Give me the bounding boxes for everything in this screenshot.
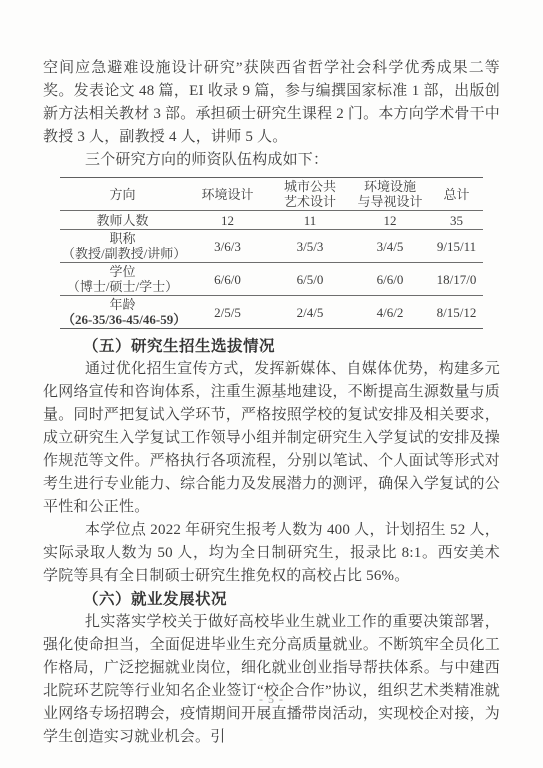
paragraph-admissions-stats: 本学位点 2022 年研究生报考人数为 400 人，计划招生 52 人，实际录取… [43, 519, 500, 588]
cell-value: 12 [185, 211, 270, 230]
table-row-ages: 年龄 （26-35/36-45/46-59） 2/5/5 2/4/5 4/6/2… [60, 296, 483, 329]
section-heading-employment: （六）就业发展状况 [43, 588, 500, 611]
row-label-line: 年龄 [62, 297, 183, 312]
cell-value: 18/17/0 [430, 263, 483, 296]
cell-value: 8/15/12 [430, 296, 483, 329]
col-header-facilities-wayfinding: 环境设施 与导视设计 [350, 178, 430, 211]
cell-value: 3/6/3 [185, 230, 270, 263]
col-header-direction: 方向 [60, 178, 185, 211]
row-label: 年龄 （26-35/36-45/46-59） [60, 296, 185, 329]
paragraph-employment: 扎实落实学校关于做好高校毕业生就业工作的重要决策部署，强化使命担当，全面促进毕业… [43, 611, 500, 749]
cell-value: 2/4/5 [270, 296, 350, 329]
col-header-environment-design: 环境设计 [185, 178, 270, 211]
cell-value: 6/6/0 [185, 263, 270, 296]
row-label: 职称 （教授/副教授/讲师） [60, 230, 185, 263]
table-header-row: 方向 环境设计 城市公共 艺术设计 环境设施 与导视设计 总计 [60, 178, 483, 211]
paragraph-table-intro: 三个研究方向的师资队伍构成如下： [43, 149, 500, 172]
cell-value: 6/5/0 [270, 263, 350, 296]
page-content: 空间应急避难设施设计研究”获陕西省哲学社会科学优秀成果二等奖。发表论文 48 篇… [0, 0, 543, 749]
cell-value: 4/6/2 [350, 296, 430, 329]
cell-value: 3/5/3 [270, 230, 350, 263]
table-row-degrees: 学位 （博士/硕士/学士） 6/6/0 6/5/0 6/6/0 18/17/0 [60, 263, 483, 296]
table-row-teacher-count: 教师人数 12 11 12 35 [60, 211, 483, 230]
cell-value: 12 [350, 211, 430, 230]
page-number: - 5 - [0, 692, 543, 706]
cell-value: 9/15/11 [430, 230, 483, 263]
row-label-line: 教师人数 [62, 213, 183, 228]
table-row-titles: 职称 （教授/副教授/讲师） 3/6/3 3/5/3 3/4/5 9/15/11 [60, 230, 483, 263]
header-line: 环境设施 [352, 179, 428, 194]
document-page: 空间应急避难设施设计研究”获陕西省哲学社会科学优秀成果二等奖。发表论文 48 篇… [0, 0, 543, 768]
paragraph-admissions-process: 通过优化招生宣传方式，发挥新媒体、自媒体优势，构建多元化网络宣传和咨询体系，注重… [43, 358, 500, 519]
cell-value: 2/5/5 [185, 296, 270, 329]
section-heading-admissions: （五）研究生招生选拔情况 [43, 335, 500, 358]
header-line: 城市公共 [272, 179, 348, 194]
col-header-urban-public-art: 城市公共 艺术设计 [270, 178, 350, 211]
cell-value: 3/4/5 [350, 230, 430, 263]
header-line: 与导视设计 [352, 194, 428, 209]
row-label-line: （博士/硕士/学士） [62, 279, 183, 294]
header-line: 艺术设计 [272, 194, 348, 209]
cell-value: 11 [270, 211, 350, 230]
col-header-total: 总计 [430, 178, 483, 211]
paragraph-research-achievements: 空间应急避难设施设计研究”获陕西省哲学社会科学优秀成果二等奖。发表论文 48 篇… [43, 57, 500, 149]
row-label: 教师人数 [60, 211, 185, 230]
row-label: 学位 （博士/硕士/学士） [60, 263, 185, 296]
row-label-line: （26-35/36-45/46-59） [62, 312, 183, 327]
cell-value: 35 [430, 211, 483, 230]
row-label-line: （教授/副教授/讲师） [62, 246, 183, 261]
row-label-line: 学位 [62, 264, 183, 279]
faculty-composition-table: 方向 环境设计 城市公共 艺术设计 环境设施 与导视设计 总计 教师人数 12 [60, 177, 483, 329]
row-label-line: 职称 [62, 231, 183, 246]
cell-value: 6/6/0 [350, 263, 430, 296]
